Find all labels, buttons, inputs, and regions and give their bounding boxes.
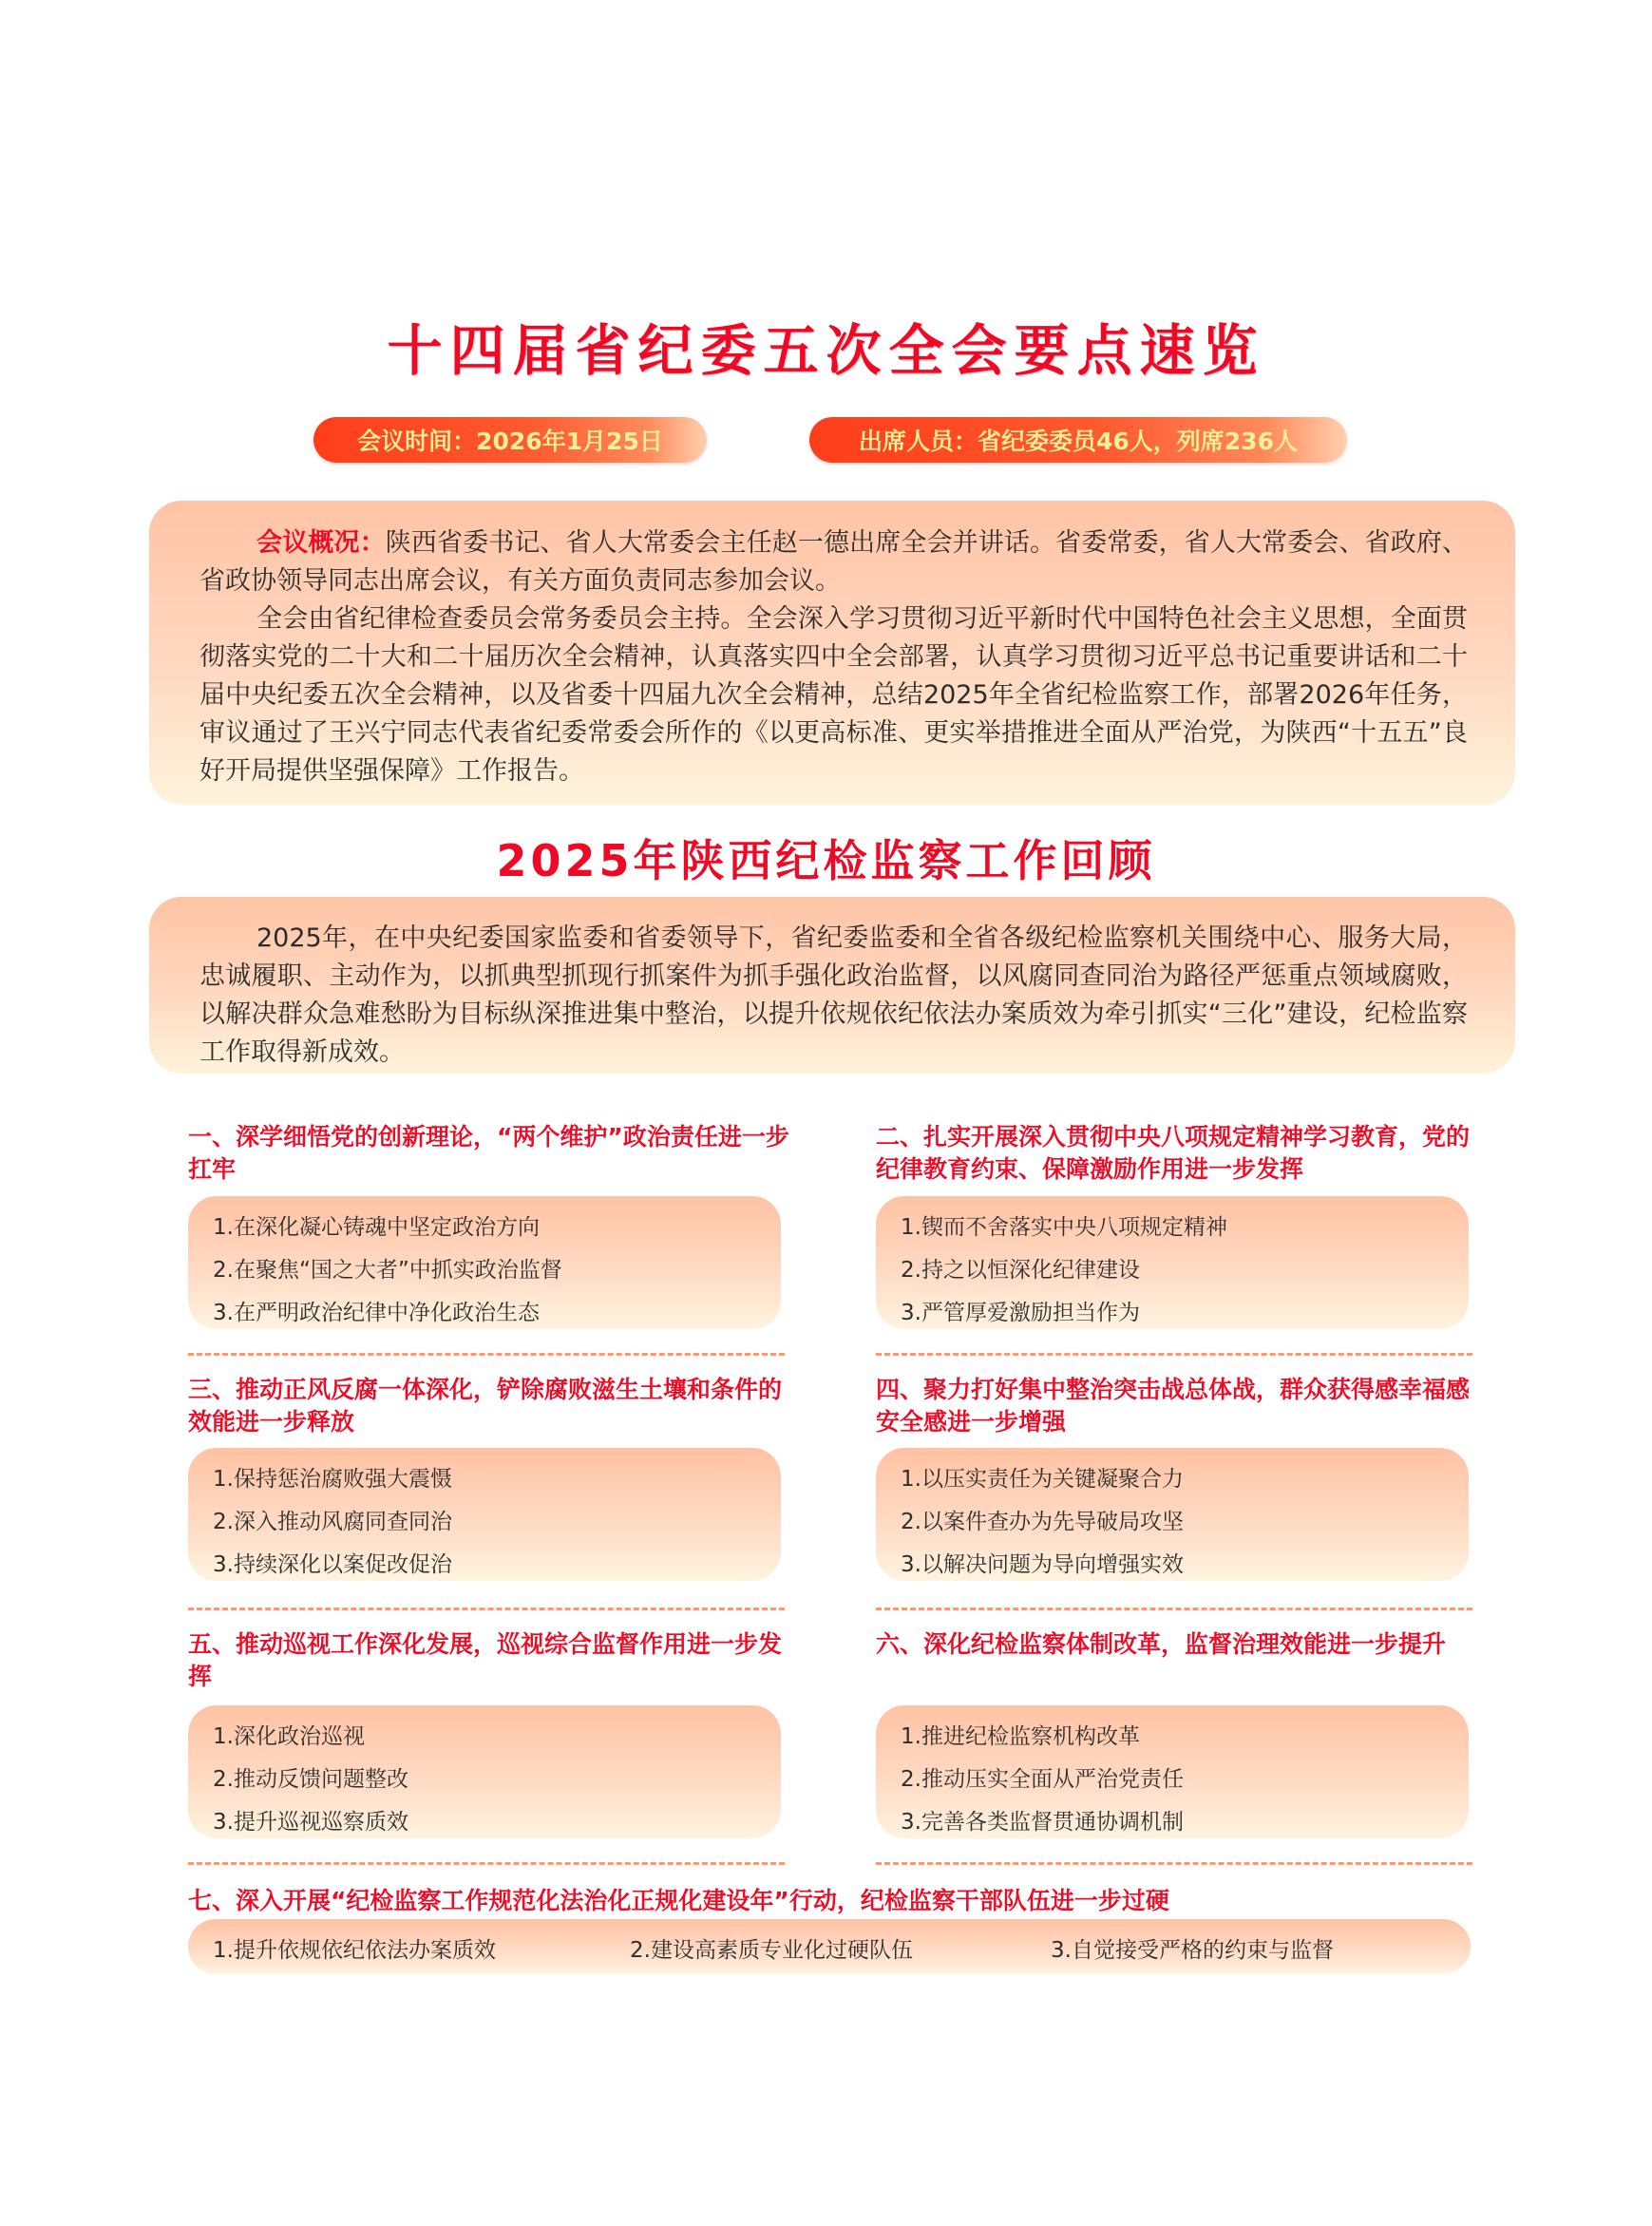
meeting-time-text: 会议时间：2026年1月25日	[357, 423, 663, 457]
block-1-heading: 一、深学细悟党的创新理论，“两个维护”政治责任进一步扛牢	[188, 1121, 796, 1186]
block-5-item-3: 3.提升巡视巡察质效	[213, 1804, 408, 1836]
overview-lead-label: 会议概况：	[256, 528, 386, 558]
block-2-item-1: 1.锲而不舍落实中央八项规定精神	[901, 1209, 1227, 1241]
block-7-box: 1.提升依规依纪依法办案质效 2.建设高素质专业化过硬队伍 3.自觉接受严格的约…	[188, 1919, 1471, 1974]
block-6-box: 1.推进纪检监察机构改革 2.推动压实全面从严治党责任 3.完善各类监督贯通协调…	[876, 1705, 1469, 1838]
block-1-item-2: 2.在聚焦“国之大者”中抓实政治监督	[213, 1252, 562, 1284]
page-title: 十四届省纪委五次全会要点速览	[0, 306, 1652, 386]
block-4-box: 1.以压实责任为关键凝聚合力 2.以案件查办为先导破局攻坚 3.以解决问题为导向…	[876, 1448, 1469, 1581]
block-5-heading: 五、推动巡视工作深化发展，巡视综合监督作用进一步发挥	[188, 1628, 796, 1693]
divider	[188, 1608, 785, 1610]
attendees-badge: 出席人员：省纪委委员46人，列席236人	[809, 417, 1347, 463]
block-3-item-3: 3.持续深化以案促改促治	[213, 1547, 452, 1578]
overview-p1-text: 陕西省委书记、省人大常委会主任赵一德出席全会并讲话。省委常委，省人大常委会、省政…	[199, 528, 1468, 596]
divider	[876, 1353, 1472, 1356]
divider	[876, 1862, 1472, 1865]
block-1-item-1: 1.在深化凝心铸魂中坚定政治方向	[213, 1209, 540, 1241]
block-5-item-1: 1.深化政治巡视	[213, 1719, 365, 1750]
block-7-item-3: 3.自觉接受严格的约束与监督	[1051, 1932, 1334, 1964]
block-3-box: 1.保持惩治腐败强大震慑 2.深入推动风腐同查同治 3.持续深化以案促改促治	[188, 1448, 781, 1581]
block-1-box: 1.在深化凝心铸魂中坚定政治方向 2.在聚焦“国之大者”中抓实政治监督 3.在严…	[188, 1196, 781, 1329]
meeting-time-badge: 会议时间：2026年1月25日	[313, 417, 707, 463]
block-5-box: 1.深化政治巡视 2.推动反馈问题整改 3.提升巡视巡察质效	[188, 1705, 781, 1838]
block-1-item-3: 3.在严明政治纪律中净化政治生态	[213, 1295, 540, 1326]
review-intro-paragraph: 2025年，在中央纪委国家监委和省委领导下，省纪委监委和全省各级纪检监察机关围绕…	[199, 920, 1468, 1072]
divider	[876, 1608, 1472, 1610]
block-6-item-2: 2.推动压实全面从严治党责任	[901, 1761, 1184, 1793]
review-intro-text: 2025年，在中央纪委国家监委和省委领导下，省纪委监委和全省各级纪检监察机关围绕…	[199, 923, 1468, 1067]
block-3-item-1: 1.保持惩治腐败强大震慑	[213, 1461, 452, 1493]
block-6-heading: 六、深化纪检监察体制改革，监督治理效能进一步提升	[876, 1628, 1484, 1661]
block-2-box: 1.锲而不舍落实中央八项规定精神 2.持之以恒深化纪律建设 3.严管厚爱激励担当…	[876, 1196, 1469, 1329]
block-4-item-3: 3.以解决问题为导向增强实效	[901, 1547, 1184, 1578]
block-7-item-2: 2.建设高素质专业化过硬队伍	[630, 1932, 913, 1964]
block-4-item-2: 2.以案件查办为先导破局攻坚	[901, 1504, 1184, 1535]
block-2-item-3: 3.严管厚爱激励担当作为	[901, 1295, 1140, 1326]
block-5-item-2: 2.推动反馈问题整改	[213, 1761, 408, 1793]
block-7-item-1: 1.提升依规依纪依法办案质效	[213, 1932, 496, 1964]
block-4-item-1: 1.以压实责任为关键凝聚合力	[901, 1461, 1184, 1493]
review-section-title: 2025年陕西纪检监察工作回顾	[0, 827, 1652, 889]
overview-paragraph-1: 会议概况：陕西省委书记、省人大常委会主任赵一德出席全会并讲话。省委常委，省人大常…	[199, 524, 1468, 600]
block-6-item-1: 1.推进纪检监察机构改革	[901, 1719, 1140, 1750]
divider	[188, 1862, 785, 1865]
block-7-heading: 七、深入开展“纪检监察工作规范化法治化正规化建设年”行动，纪检监察干部队伍进一步…	[188, 1882, 1169, 1916]
block-2-item-2: 2.持之以恒深化纪律建设	[901, 1252, 1140, 1284]
divider	[188, 1353, 785, 1356]
attendees-text: 出席人员：省纪委委员46人，列席236人	[859, 423, 1298, 457]
overview-p2-text: 全会由省纪律检查委员会常务委员会主持。全会深入学习贯彻习近平新时代中国特色社会主…	[199, 604, 1468, 786]
overview-paragraph-2: 全会由省纪律检查委员会常务委员会主持。全会深入学习贯彻习近平新时代中国特色社会主…	[199, 600, 1468, 790]
block-2-heading: 二、扎实开展深入贯彻中央八项规定精神学习教育，党的纪律教育约束、保障激励作用进一…	[876, 1121, 1484, 1186]
block-4-heading: 四、聚力打好集中整治突击战总体战，群众获得感幸福感安全感进一步增强	[876, 1374, 1484, 1438]
block-6-item-3: 3.完善各类监督贯通协调机制	[901, 1804, 1184, 1836]
block-3-heading: 三、推动正风反腐一体深化，铲除腐败滋生土壤和条件的效能进一步释放	[188, 1374, 796, 1438]
block-3-item-2: 2.深入推动风腐同查同治	[213, 1504, 452, 1535]
